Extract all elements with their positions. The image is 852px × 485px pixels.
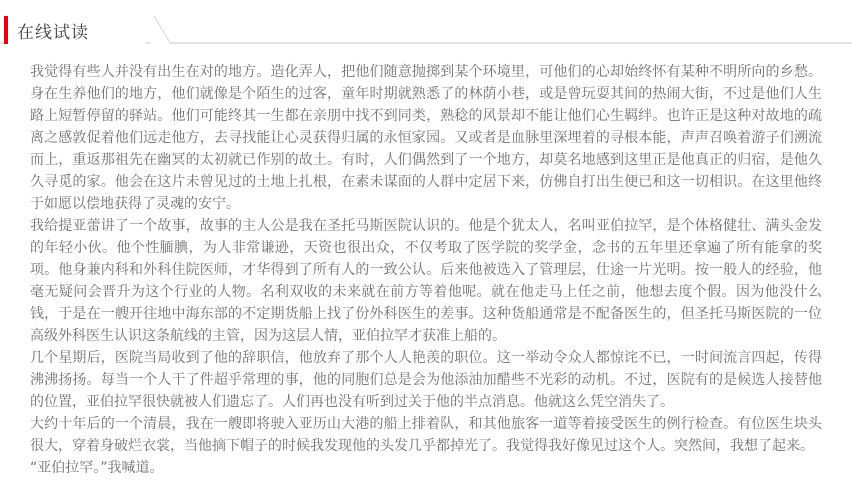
section-header: 在线试读 bbox=[0, 0, 852, 44]
tab-online-reading[interactable]: 在线试读 bbox=[8, 16, 145, 44]
paragraph: 我给提亚蕾讲了一个故事，故事的主人公是我在圣托马斯医院认识的。他是个犹太人，名叫… bbox=[30, 215, 822, 347]
online-reading-page: 在线试读 我觉得有些人并没有出生在对的地方。造化弄人，把他们随意抛掷到某个环境里… bbox=[0, 0, 852, 485]
red-accent-bar bbox=[4, 16, 8, 44]
reading-content: 我觉得有些人并没有出生在对的地方。造化弄人，把他们随意抛掷到某个环境里，可他们的… bbox=[0, 44, 852, 479]
paragraph: 几个星期后，医院当局收到了他的辞职信，他放弃了那个人人艳羡的职位。这一举动令众人… bbox=[30, 347, 822, 413]
paragraph: 大约十年后的一个清晨，我在一艘即将驶入亚历山大港的船上排着队，和其他旅客一道等着… bbox=[30, 413, 822, 457]
paragraph: 我觉得有些人并没有出生在对的地方。造化弄人，把他们随意抛掷到某个环境里，可他们的… bbox=[30, 61, 822, 215]
tab-online-reading-label: 在线试读 bbox=[17, 18, 89, 43]
paragraph: “亚伯拉罕。”我喊道。 bbox=[30, 457, 822, 479]
